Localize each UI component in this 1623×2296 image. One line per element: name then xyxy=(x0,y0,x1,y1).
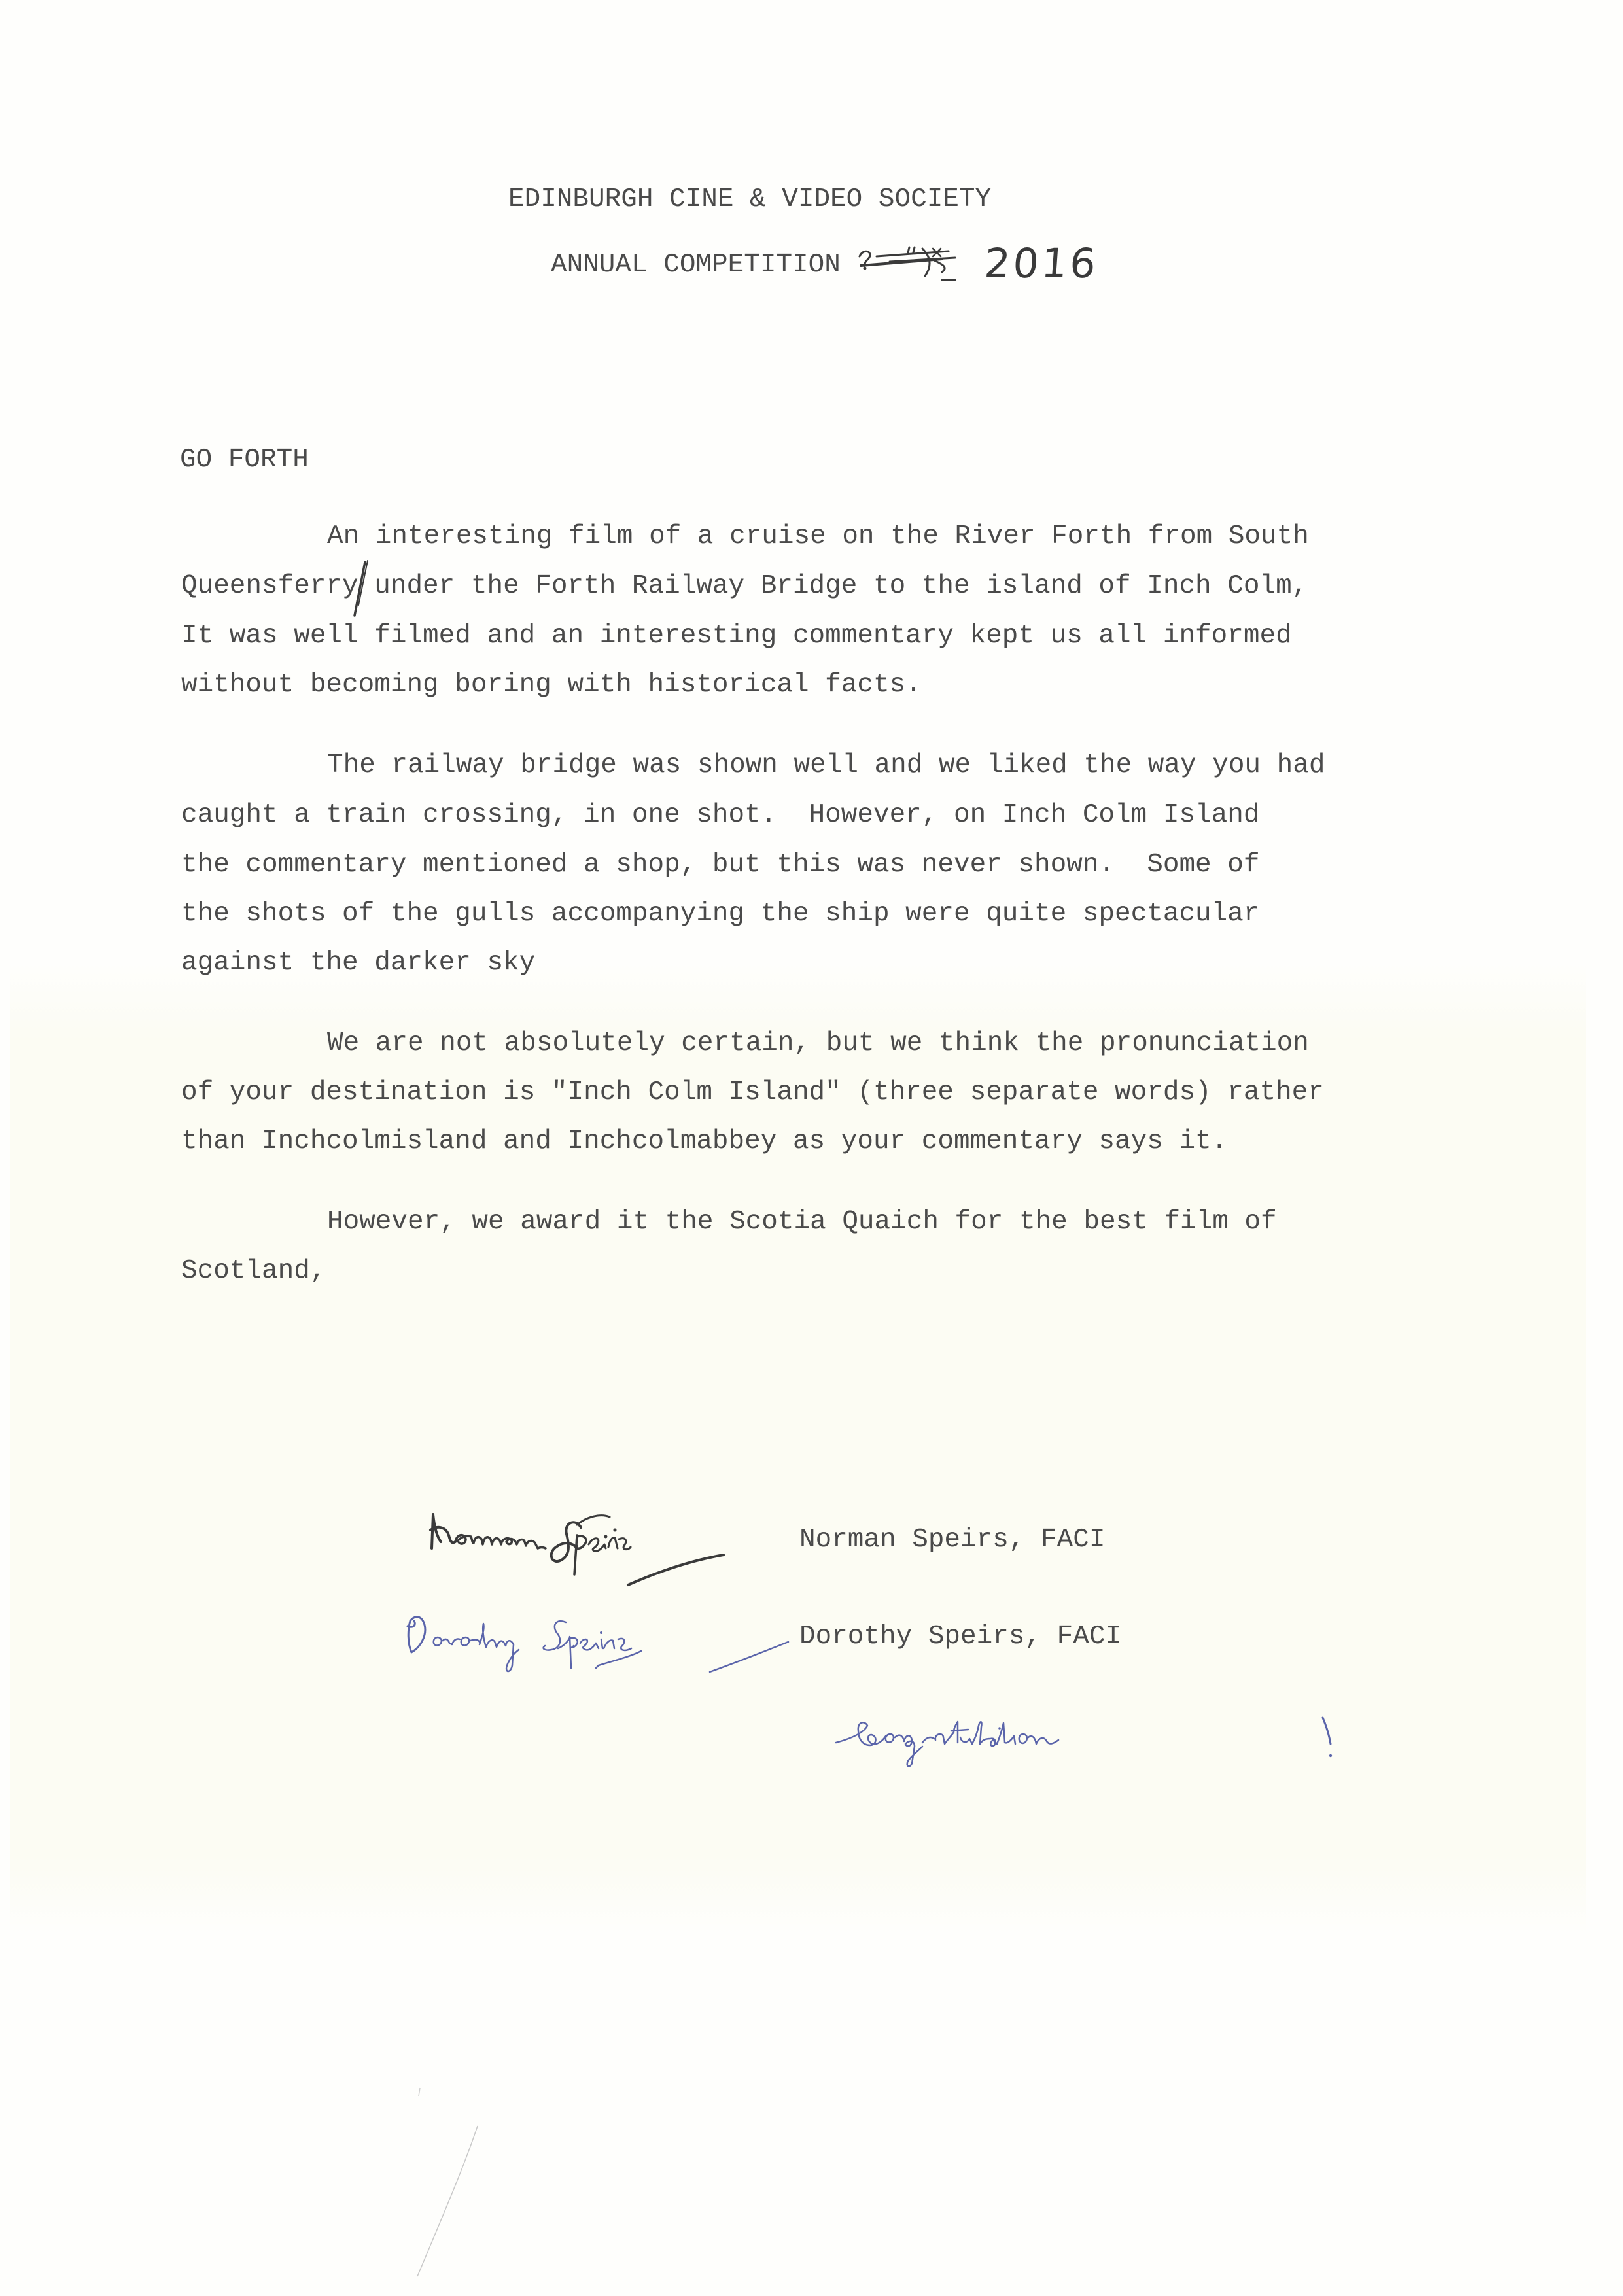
paragraph-2-line-4: the shots of the gulls accompanying the … xyxy=(181,901,1259,928)
letter-page: EDINBURGH CINE & VIDEO SOCIETY ANNUAL CO… xyxy=(0,0,1623,2296)
competition-label: ANNUAL COMPETITION xyxy=(551,252,841,279)
paragraph-3-line-3: than Inchcolmisland and Inchcolmabbey as… xyxy=(181,1128,1227,1155)
scan-speck-mark xyxy=(416,2087,423,2100)
organization-heading: EDINBURGH CINE & VIDEO SOCIETY xyxy=(508,186,991,213)
paragraph-2-line-3: the commentary mentioned a shop, but thi… xyxy=(181,852,1259,878)
scan-scratch-mark xyxy=(406,2119,484,2289)
struck-out-year-mark xyxy=(850,242,981,288)
paragraph-2-line-5: against the darker sky xyxy=(181,950,535,977)
signature-dorothy-speirs xyxy=(402,1610,795,1686)
typed-name-dorothy: Dorothy Speirs, FACI xyxy=(799,1624,1121,1650)
paragraph-4-line-2: Scotland, xyxy=(181,1258,326,1285)
paragraph-4-line-1: However, we award it the Scotia Quaich f… xyxy=(327,1209,1277,1236)
paragraph-3-line-1: We are not absolutely certain, but we th… xyxy=(327,1030,1309,1057)
film-title: GO FORTH xyxy=(180,447,309,474)
paragraph-1-line-1: An interesting film of a cruise on the R… xyxy=(327,523,1309,550)
handwritten-congratulations-note xyxy=(831,1714,1341,1773)
handwritten-insert-slash xyxy=(351,559,370,618)
scan-tint xyxy=(10,962,1586,1936)
paragraph-1-line-4: without becoming boring with historical … xyxy=(181,672,922,699)
signature-norman-speirs xyxy=(425,1508,733,1593)
paragraph-3-line-2: of your destination is "Inch Colm Island… xyxy=(181,1079,1324,1106)
paragraph-2-line-1: The railway bridge was shown well and we… xyxy=(327,752,1325,779)
handwritten-year: 2016 xyxy=(983,243,1100,284)
typed-name-norman: Norman Speirs, FACI xyxy=(799,1527,1105,1554)
paragraph-2-line-2: caught a train crossing, in one shot. Ho… xyxy=(181,802,1259,829)
paragraph-1-line-3: It was well filmed and an interesting co… xyxy=(181,623,1292,650)
